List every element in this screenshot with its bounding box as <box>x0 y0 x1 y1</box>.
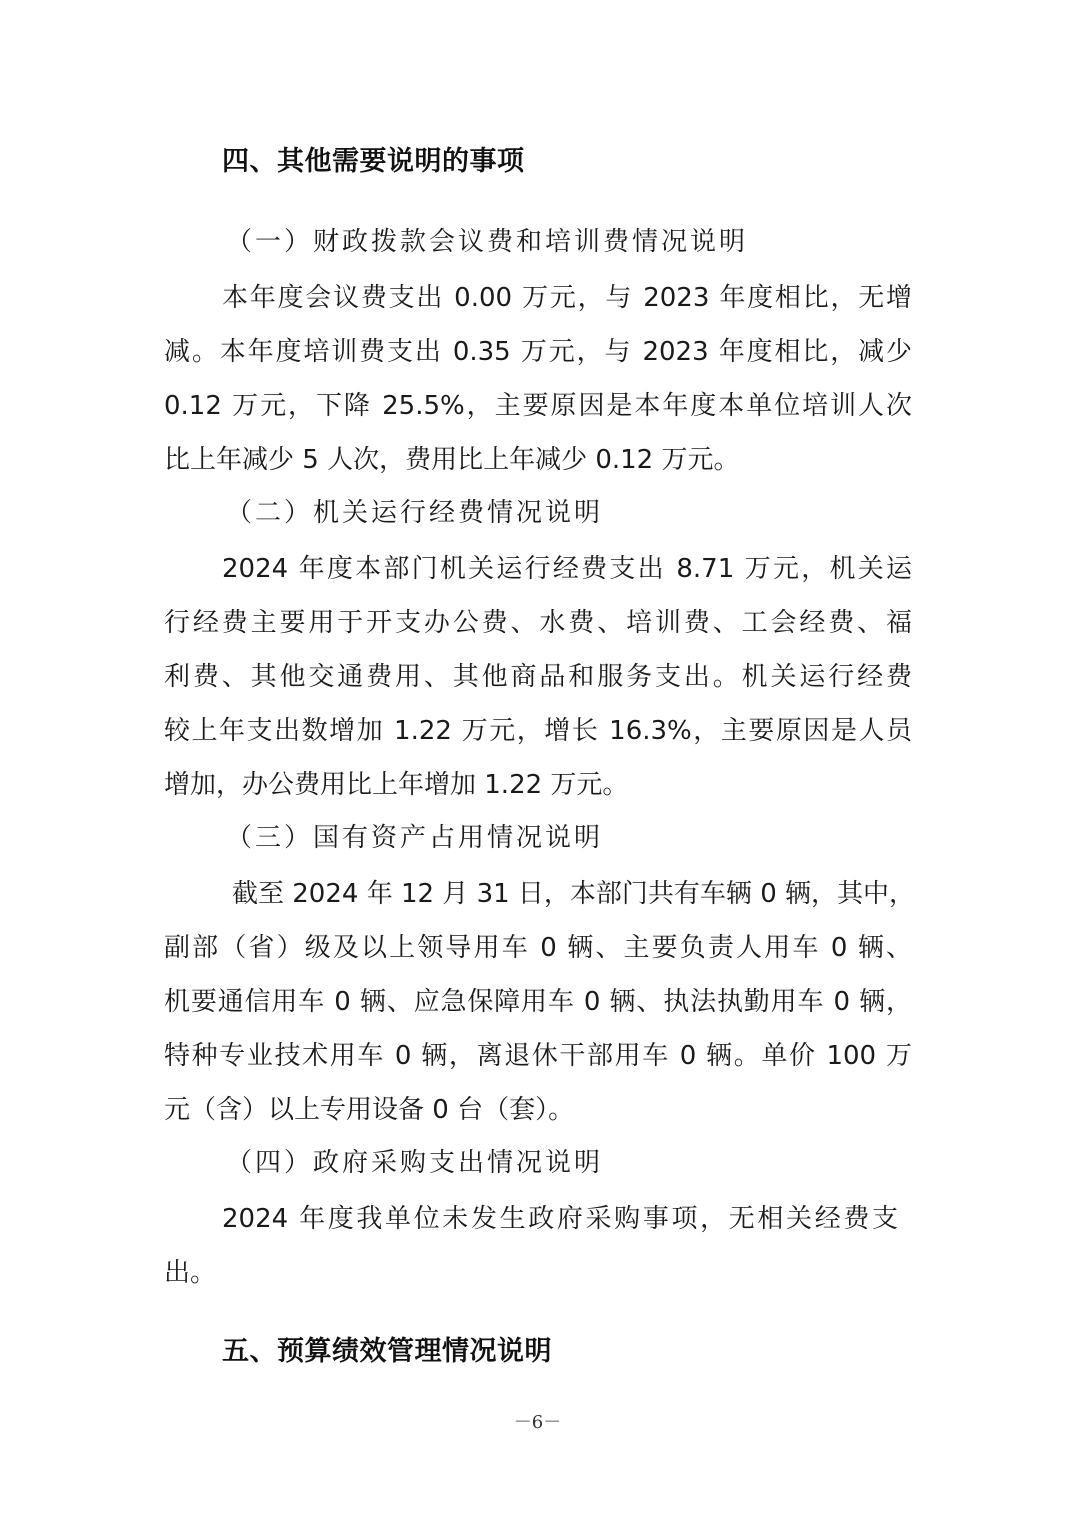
paragraph-line: 截至 2024 年 12 月 31 日，本部门共有车辆 0 辆，其中， <box>232 878 912 910</box>
paragraph-line: 副部（省）级及以上领导用车 0 辆、主要负责人用车 0 辆、 <box>164 932 912 964</box>
paragraph-line: 增加，办公费用比上年增加 1.22 万元。 <box>164 769 912 801</box>
paragraph-line: 0.12 万元，下降 25.5%，主要原因是本年度本单位培训人次 <box>164 390 912 422</box>
paragraph-line: 2024 年度我单位未发生政府采购事项，无相关经费支 <box>222 1203 898 1235</box>
paragraph-line: 行经费主要用于开支办公费、水费、培训费、工会经费、福 <box>164 607 912 639</box>
paragraph-line: 出。 <box>164 1257 912 1289</box>
subsection-heading-state-assets: （三）国有资产占用情况说明 <box>226 822 603 854</box>
paragraph-line: 利费、其他交通费用、其他商品和服务支出。机关运行经费 <box>164 661 912 693</box>
section-heading-performance-management: 五、预算绩效管理情况说明 <box>222 1336 552 1368</box>
paragraph-line: 特种专业技术用车 0 辆，离退休干部用车 0 辆。单价 100 万 <box>164 1040 912 1072</box>
paragraph-line: 减。本年度培训费支出 0.35 万元，与 2023 年度相比，减少 <box>164 336 912 368</box>
subsection-heading-meeting-training: （一）财政拨款会议费和培训费情况说明 <box>226 226 748 258</box>
paragraph-line: 2024 年度本部门机关运行经费支出 8.71 万元，机关运 <box>222 553 912 585</box>
paragraph-line: 比上年减少 5 人次，费用比上年减少 0.12 万元。 <box>164 444 912 476</box>
section-heading-other-matters: 四、其他需要说明的事项 <box>222 146 525 178</box>
paragraph-line: 较上年支出数增加 1.22 万元，增长 16.3%，主要原因是人员 <box>164 715 912 747</box>
paragraph-line: 机要通信用车 0 辆、应急保障用车 0 辆、执法执勤用车 0 辆， <box>164 986 912 1018</box>
paragraph-line: 本年度会议费支出 0.00 万元，与 2023 年度相比，无增 <box>222 282 912 314</box>
subsection-heading-government-procurement: （四）政府采购支出情况说明 <box>226 1147 603 1179</box>
subsection-heading-operating-expenses: （二）机关运行经费情况说明 <box>226 497 603 529</box>
page-number: －6－ <box>0 1408 1075 1434</box>
paragraph-line: 元（含）以上专用设备 0 台（套）。 <box>164 1094 912 1126</box>
document-page: 四、其他需要说明的事项 （一）财政拨款会议费和培训费情况说明 本年度会议费支出 … <box>0 0 1075 1520</box>
